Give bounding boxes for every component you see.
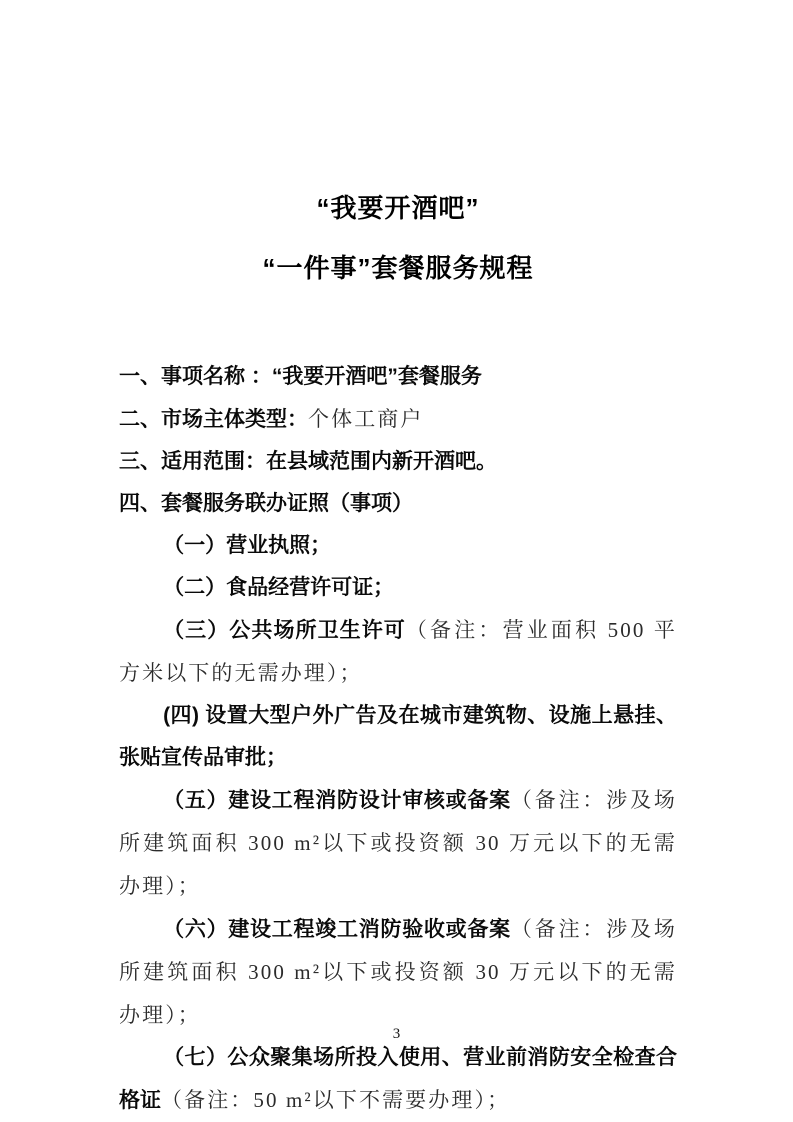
document-content: “我要开酒吧” “一件事”套餐服务规程 一、事项名称 ：“我要开酒吧”套餐服务 … [119, 0, 677, 1122]
title-block: “我要开酒吧” “一件事”套餐服务规程 [119, 192, 677, 284]
list-item-1: （一）营业执照； [119, 525, 677, 567]
page-number: 3 [0, 1026, 793, 1043]
body-block: 一、事项名称 ：“我要开酒吧”套餐服务 二、市场主体类型：个体工商户 三、适用范… [119, 356, 677, 1122]
list-item-7-note: （备注：50 m²以下不需要办理）； [161, 1088, 510, 1112]
section-scope: 三、适用范围：在县域范围内新开酒吧。 [119, 441, 677, 483]
section-market-entity-type: 二、市场主体类型：个体工商户 [119, 398, 677, 441]
list-item-1-text: （一）营业执照； [163, 534, 331, 557]
doc-title-line2: “一件事”套餐服务规程 [119, 252, 677, 284]
section-item-name: 一、事项名称 ：“我要开酒吧”套餐服务 [119, 356, 677, 398]
section-market-entity-type-label: 二、市场主体类型： [119, 408, 308, 431]
document-page: “我要开酒吧” “一件事”套餐服务规程 一、事项名称 ：“我要开酒吧”套餐服务 … [0, 0, 793, 1122]
section-package-licenses-heading-text: 四、套餐服务联办证照（事项） [119, 492, 413, 515]
list-item-4: (四) 设置大型户外广告及在城市建筑物、设施上悬挂、张贴宣传品审批； [119, 695, 677, 779]
list-item-4-text: (四) 设置大型户外广告及在城市建筑物、设施上悬挂、张贴宣传品审批； [119, 704, 677, 769]
list-item-5: （五）建设工程消防设计审核或备案（备注：涉及场所建筑面积 300 m²以下或投资… [119, 779, 677, 908]
list-item-7: （七）公众聚集场所投入使用、营业前消防安全检查合格证（备注：50 m²以下不需要… [119, 1037, 677, 1122]
list-item-3-text: （三）公共场所卫生许可 [163, 619, 406, 642]
doc-title-line1: “我要开酒吧” [119, 192, 677, 224]
list-item-5-text: （五）建设工程消防设计审核或备案 [163, 789, 511, 812]
section-scope-text: 三、适用范围：在县域范围内新开酒吧。 [119, 450, 497, 473]
list-item-3: （三）公共场所卫生许可（备注：营业面积 500 平方米以下的无需办理）； [119, 609, 677, 695]
list-item-6-text: （六）建设工程竣工消防验收或备案 [163, 918, 511, 941]
section-market-entity-type-value: 个体工商户 [308, 407, 424, 431]
list-item-2-text: （二）食品经营许可证； [163, 576, 394, 599]
list-item-2: （二）食品经营许可证； [119, 567, 677, 609]
section-item-name-text: 一、事项名称 ：“我要开酒吧”套餐服务 [119, 365, 482, 388]
list-item-6: （六）建设工程竣工消防验收或备案（备注：涉及场所建筑面积 300 m²以下或投资… [119, 908, 677, 1037]
section-package-licenses-heading: 四、套餐服务联办证照（事项） [119, 483, 677, 525]
